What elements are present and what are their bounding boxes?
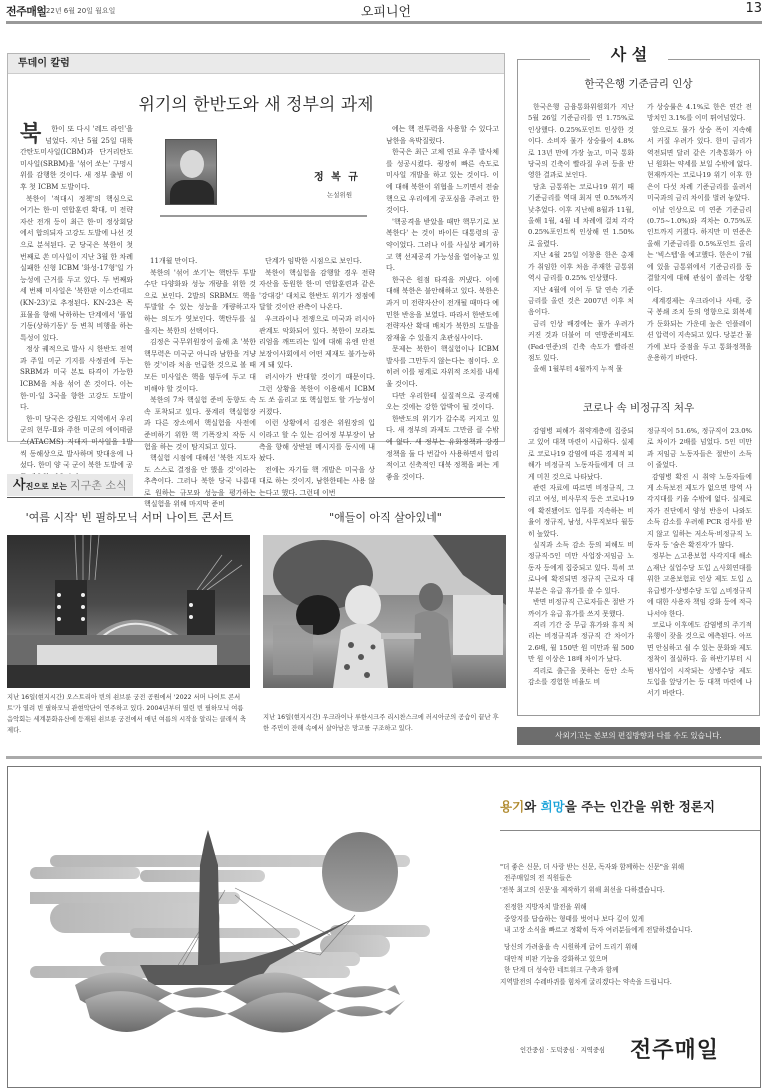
paragraph: 다만 우리한테 실질적으로 공격해오는 것에는 강한 압박이 될 것이다. [386,391,499,414]
concert-photo [7,535,250,688]
author-name: 정 복 규 [314,168,360,183]
paragraph: 북한이 핵실험을 감행할 경우 전략자산을 동원한 한·미 연합훈련과 같은 '… [259,268,375,314]
ukraine-rescue-image [263,535,506,688]
paragraph: 정규직이 51.6%, 정규직이 23.0%로 차이가 2배를 넘었다. 5인 … [647,426,752,472]
concert-stage-image [7,535,250,688]
paragraph: 러시아가 반대할 것이기 때문이다. 그런 상황을 북한이 이용해서 ICBM도… [259,372,375,418]
author-suit [170,180,214,205]
editorial-1-right: 가 상승률은 4.1%로 한은 연간 전망치인 3.1%를 이미 뛰어넘었다. … [647,102,752,364]
paragraph: 정상 궤적으로 발사 시 한반도 전역과 주일 미군 기지를 사정권에 두는 S… [20,344,133,414]
column-text-col3: 단계가 임박한 시점으로 보인다. 북한이 핵실험을 감행할 경우 전략자산을 … [259,256,375,499]
promo-paragraph: 당신의 가려움을 속 시원하게 긁어 드리기 위해 대안적 비판 기능을 강화하… [500,942,758,988]
paragraph: 앞으로도 물가 상승 폭이 지속해서 커질 우려가 있다. 한미 금리가 역전되… [647,125,752,205]
editorial-title-2: 코로나 속 비정규직 처우 [517,400,760,415]
promo-line: 전주매일의 전 직원들은 [500,873,758,884]
promo-divider [500,830,760,831]
promo-paragraph: "더 좋은 신문, 더 사랑 받는 신문, 독자와 함께하는 신문"을 위해 전… [500,862,758,896]
paragraph: 격리로 출근을 못하는 동안 소득 감소를 경험한 비율도 비 [528,666,634,689]
paper-logo: 전주매일 [630,1033,719,1064]
paragraph: 당초 금통위는 코로나19 위기 때 기준금리를 역대 최저 연 0.5%까지 … [528,182,634,250]
column-text-col1: 북한이 또 다시 '레드 라인'을 넘었다. 지난 5월 25일 대륙간탄도미사… [20,124,133,483]
column-label: 투데이 칼럼 [8,54,504,74]
section-title: 오피니언 [246,1,526,20]
today-column: 투데이 칼럼 위기의 한반도와 새 정부의 과제 정 복 규 논설위원 북한이 … [7,53,505,442]
paragraph: 한국은 최근 고체 연료 우주 발사체를 성공시켰다. 굉장히 빠른 속도로 미… [386,147,499,217]
paragraph: 한국은행 금융통화위원회가 지난 5월 26일 기준금리를 연 1.75%로 인… [528,102,634,182]
paragraph: 정부는 △고용보험 사각지대 해소 △재난 실업수당 도입 △사회연대를 위한 … [647,551,752,619]
paragraph: 금리 인상 배경에는 물가 우려가 커진 것과 더불어 미 연방준비제도(Fed… [528,319,634,365]
paragraph: 세계경제는 우크라이나 사태, 중국 봉쇄 조치 등의 영향으로 회복세가 둔화… [647,296,752,364]
headline-courage: 용기 [500,799,524,814]
promo-body: "더 좋은 신문, 더 사랑 받는 신문, 독자와 함께하는 신문"을 위해 전… [500,862,758,994]
author-photo [165,139,217,205]
section-divider [6,756,762,759]
dropcap: 북 [20,124,41,144]
paragraph: 반면 비정규직 근로자들은 절반 가까이가 유급 휴가를 쓰지 못했다. [528,597,634,620]
column-text-col4: 에는 핵 전투력을 사용할 수 있다고 남한을 윽박질렀다. 한국은 최근 고체… [386,124,499,483]
author-divider [160,215,367,217]
headline-connector: 와 [524,799,540,814]
author-face [180,150,204,178]
promo-line: 한 단계 더 성숙한 네트워크 구축과 함께 [504,965,758,976]
paragraph: 북한이 '적대시 정책'의 핵심으로 여기는 한·미 연합훈련 확대, 미 전략… [20,194,133,345]
page-number: 13 [745,1,762,16]
paragraph: 관련 자료에 따르면 비정규직, 그리고 여성, 비사무직 등은 코로나19에 … [528,483,634,540]
paragraph: 단계가 임박한 시점으로 보인다. [259,256,375,268]
photo-caption-ukraine: 지난 16일(현지시간) 우크라이나 루한시크주 리시찬스크에 러시아군의 공습… [263,712,506,734]
paragraph: 감염병 피해가 취약계층에 집중되고 있어 대책 마련이 시급하다. 실제로 코… [528,426,634,483]
editorial-2-right: 정규직이 51.6%, 정규직이 23.0%로 차이가 2배를 넘었다. 5인 … [647,426,752,700]
paragraph: '핵공격을 받았을 때만 핵무기로 보복한다' 는 것이 바이든 대통령의 공약… [386,217,499,275]
column-title: 위기의 한반도와 새 정부의 과제 [8,90,504,115]
photo-news-header: 사진으로 보는지구촌 소식 [7,472,505,498]
paragraph: 격리 기간 중 무급 휴가와 휴직 처리는 비정규직과 정규직 간 차이가 2.… [528,620,634,666]
paragraph: 가 상승률은 4.1%로 한은 연간 전망치인 3.1%를 이미 뛰어넘었다. [647,102,752,125]
promo-tagline: 인간중심 · 도덕중심 · 지역중심 [520,1045,605,1054]
paragraph: 이런 상황에서 김정은 위원장의 입이라고 할 수 있는 김여정 부부장이 남측… [259,418,375,464]
photo-title-ukraine: "애들이 아직 살아있네" [263,509,508,525]
promo-line: 내 고장 소식을 빠르고 정확히 독자 여러분들에게 전달하겠습니다. [504,925,758,936]
editorial-title-1: 한국은행 기준금리 인상 [517,76,760,91]
promo-line: 지역발전의 수레바퀴를 힘차게 굴리겠다는 약속을 드립니다. [500,977,758,988]
contribution-notice: 사외기고는 본보의 편집방향과 다를 수도 있습니다. [517,727,760,745]
photo-news-label: 사진으로 보는지구촌 소식 [7,474,133,496]
paragraph: 지난 4월에 이어 두 달 연속 기준금리를 올린 것은 2007년 이후 처음… [528,285,634,319]
paragraph: 에는 핵 전투력을 사용할 수 있다고 남한을 윽박질렀다. [386,124,499,147]
label-small: 진으로 보는 [26,482,67,491]
label-initial: 사 [13,478,26,493]
pen-ship-illustration [30,800,460,1040]
paragraph: 감염병 확진 시 취약 노동자들에게 소득보전 제도가 없으면 방역 사각지대를… [647,472,752,552]
promo-line: '전북 최고의 신문'을 제작하기 위해 최선을 다하겠습니다. [500,885,758,896]
headline-rest: 을 주는 인간을 위한 정론지 [565,799,715,814]
issue-date: 2022년 6월 20일 월요일 [37,6,115,16]
promo-paragraph: 진정한 지방자치 발전을 위해 중앙지를 답습하는 형태를 벗어나 보다 깊이 … [500,902,758,936]
photo-title-concert: '여름 시작' 빈 필하모닉 서머 나이트 콘서트 [7,509,252,525]
paragraph: 한국은 원점 타격을 꺼냈다. 이에 대해 북한은 불안해하고 있다. 북한은 … [386,275,499,345]
paragraph: 우크라이나 전쟁으로 미국과 러시아 관계도 악화되어 있다. 북한이 모라토리… [259,314,375,372]
promo-line: 대안적 비판 기능을 강화하고 있으며 [504,954,758,965]
photo-caption-concert: 지난 16일(현지시간) 오스트리아 빈의 쇤브룬 궁전 공원에서 '2022 … [7,692,250,736]
paragraph: 이날 인상으로 미 연준 기준금리(0.75~1.0%)와 격차는 0.75%포… [647,205,752,296]
paragraph: 지난 4월 25일 이창용 한은 총재가 취임한 이후 처음 주재한 금통위 역… [528,250,634,284]
paragraph: 김정은 국무위원장이 올해 초 '북한 핵무력은 미국군 아니라 남한을 겨냥한… [144,337,256,395]
promo-headline: 용기와 희망을 주는 인간을 위한 정론지 [500,797,715,815]
paragraph: 올해 1월부터 4월까지 누적 물 [528,364,634,375]
promo-line: 당신의 가려움을 속 시원하게 긁어 드리기 위해 [504,942,758,953]
paragraph: 실직과 소득 감소 등의 피해도 비정규직·5인 미만 사업장·저임금 노동자 … [528,540,634,597]
paragraph: 북한의 '섞어 쏘기'는 핵탄두 투발 수단 다양화와 성능 개량을 위한 것으… [144,268,256,338]
paragraph: 문제는 북한이 핵실험이나 ICBM 발사를 그만두지 않는다는 점이다. 오히… [386,344,499,390]
editorial-1-left: 한국은행 금융통화위원회가 지난 5월 26일 기준금리를 연 1.75%로 인… [528,102,634,376]
editorial-2-left: 감염병 피해가 취약계층에 집중되고 있어 대책 마련이 시급하다. 실제로 코… [528,426,634,688]
promo-line: 진정한 지방자치 발전을 위해 [504,902,758,913]
author-role: 논설위원 [327,190,352,199]
promo-line: 중앙지를 답습하는 형태를 벗어나 보다 깊이 있게 [504,914,758,925]
paragraph: 11개월 만이다. [144,256,256,268]
paragraph: 북한의 7차 핵실험 준비 동향도 속속 포착되고 있다. 풍계리 핵실험장과 … [144,395,256,453]
promo-line: "더 좋은 신문, 더 사랑 받는 신문, 독자와 함께하는 신문"을 위해 [500,862,758,873]
label-light: 지구촌 소식 [70,479,127,492]
ukraine-photo [263,535,506,688]
masthead: 전주매일 2022년 6월 20일 월요일 오피니언 13 [6,0,762,24]
paragraph: 코로나 이후에도 감염병의 주기적 유행이 잦을 것으로 예측된다. 아프면 안… [647,620,752,700]
headline-hope: 희망 [541,799,565,814]
